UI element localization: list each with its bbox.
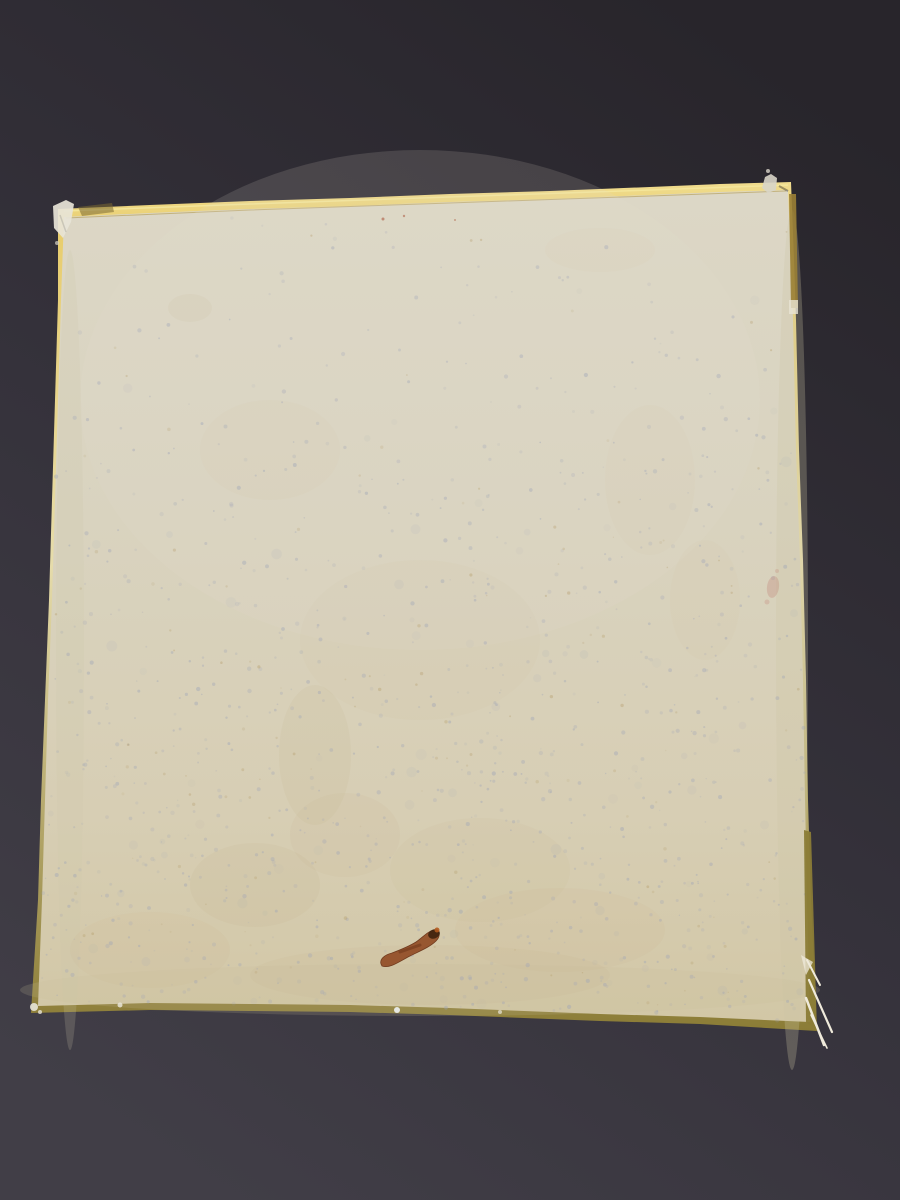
stain-rim-dot — [435, 928, 440, 933]
right-edge-chip — [789, 300, 798, 314]
shikishi-board — [20, 150, 832, 1070]
photo-canvas — [0, 0, 900, 1200]
photo — [0, 0, 900, 1200]
